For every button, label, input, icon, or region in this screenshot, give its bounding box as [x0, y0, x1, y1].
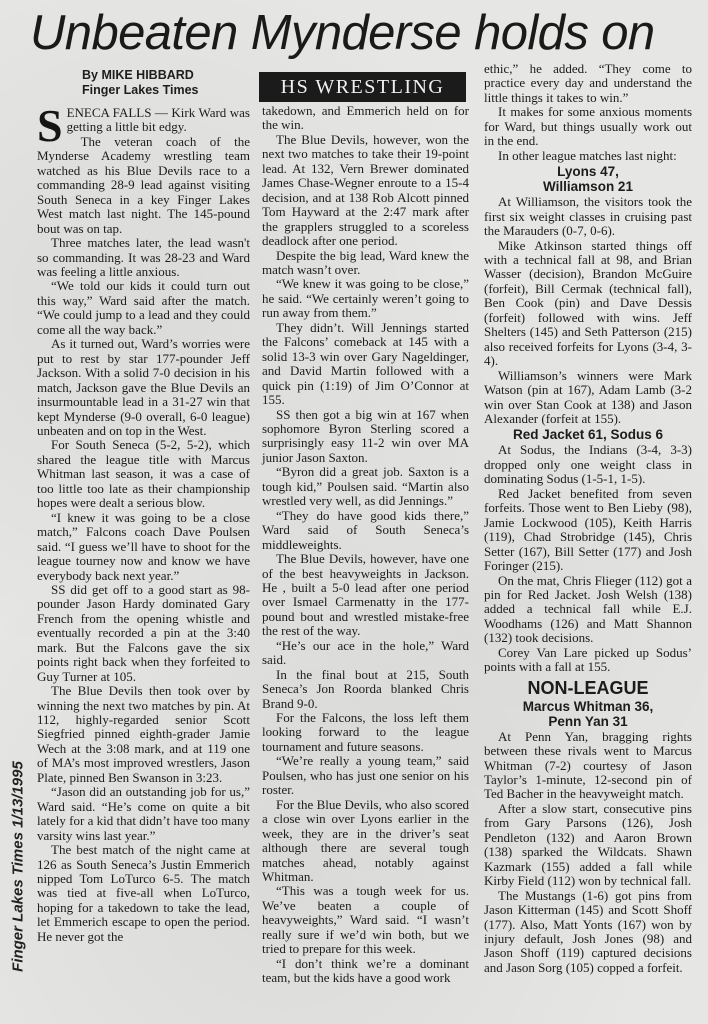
- paragraph: “I knew it was going to be a close match…: [37, 511, 250, 583]
- byline-outlet: Finger Lakes Times: [82, 83, 199, 98]
- paragraph: “They do have good kids there,” Ward sai…: [262, 509, 469, 552]
- byline: By MIKE HIBBARD Finger Lakes Times: [82, 68, 199, 98]
- lead-paragraph: SENECA FALLS — Kirk Ward was getting a l…: [37, 106, 250, 135]
- paragraph: “We knew it was going to be close,” he s…: [262, 277, 469, 320]
- paragraph: After a slow start, consecutive pins fro…: [484, 802, 692, 889]
- paragraph: Corey Van Lare picked up Sodus’ points w…: [484, 646, 692, 675]
- paragraph: At Sodus, the Indians (3-4, 3-3) dropped…: [484, 443, 692, 486]
- result-heading-line: Williamson 21: [484, 179, 692, 194]
- paragraph: “We told our kids it could turn out this…: [37, 279, 250, 337]
- byline-author: By MIKE HIBBARD: [82, 68, 199, 83]
- section-label: HS WRESTLING: [259, 72, 466, 102]
- paragraph: It makes for some anxious moments for Wa…: [484, 105, 692, 148]
- newspaper-clipping: Unbeaten Mynderse holds on By MIKE HIBBA…: [0, 0, 708, 1024]
- paragraph: In other league matches last night:: [484, 149, 692, 163]
- paragraph: As it turned out, Ward’s worries were pu…: [37, 337, 250, 438]
- paragraph: SS did get off to a good start as 98-pou…: [37, 583, 250, 684]
- paragraph: Three matches later, the lead wasn't so …: [37, 236, 250, 279]
- paragraph: SS then got a big win at 167 when sophom…: [262, 408, 469, 466]
- paragraph: They didn’t. Will Jennings started the F…: [262, 321, 469, 408]
- result-heading-lyons-williamson: Lyons 47, Williamson 21: [484, 164, 692, 194]
- source-credit: Finger Lakes Times 1/13/1995: [10, 717, 27, 1017]
- paragraph: For the Blue Devils, who also scored a c…: [262, 798, 469, 885]
- result-heading-line: Red Jacket 61, Sodus 6: [484, 427, 692, 442]
- article-column-3: ethic,” he added. “They come to practice…: [484, 62, 692, 975]
- paragraph: Red Jacket benefited from seven forfeits…: [484, 487, 692, 574]
- paragraph: The Mustangs (1-6) got pins from Jason K…: [484, 889, 692, 976]
- paragraph: “This was a tough week for us. We’ve bea…: [262, 884, 469, 956]
- result-heading-whitman-pennyan: Marcus Whitman 36, Penn Yan 31: [484, 699, 692, 729]
- paragraph: The Blue Devils then took over by winnin…: [37, 684, 250, 785]
- paragraph: Mike Atkinson started things off with a …: [484, 239, 692, 369]
- article-column-1: SENECA FALLS — Kirk Ward was getting a l…: [37, 106, 250, 944]
- result-heading-line: Penn Yan 31: [484, 714, 692, 729]
- paragraph: The best match of the night came at 126 …: [37, 843, 250, 944]
- paragraph: ethic,” he added. “They come to practice…: [484, 62, 692, 105]
- paragraph: In the final bout at 215, South Seneca’s…: [262, 668, 469, 711]
- paragraph: “I don’t think we’re a dominant team, bu…: [262, 957, 469, 986]
- paragraph: “We’re really a young team,” said Poulse…: [262, 754, 469, 797]
- paragraph: “Byron did a great job. Saxton is a toug…: [262, 465, 469, 508]
- section-heading-non-league: NON-LEAGUE: [484, 678, 692, 698]
- result-heading-line: Marcus Whitman 36,: [484, 699, 692, 714]
- paragraph: At Williamson, the visitors took the fir…: [484, 195, 692, 238]
- lead-text: ENECA FALLS — Kirk Ward was getting a li…: [67, 105, 250, 134]
- paragraph: On the mat, Chris Flieger (112) got a pi…: [484, 574, 692, 646]
- paragraph: For South Seneca (5-2, 5-2), which share…: [37, 438, 250, 510]
- paragraph: Despite the big lead, Ward knew the matc…: [262, 249, 469, 278]
- paragraph: For the Falcons, the loss left them look…: [262, 711, 469, 754]
- paragraph: “Jason did an outstanding job for us,” W…: [37, 785, 250, 843]
- article-column-2: takedown, and Emmerich held on for the w…: [262, 104, 469, 986]
- paragraph: The Blue Devils, however, won the next t…: [262, 133, 469, 249]
- result-heading-line: Lyons 47,: [484, 164, 692, 179]
- paragraph: The veteran coach of the Mynderse Academ…: [37, 135, 250, 236]
- paragraph: At Penn Yan, bragging rights between the…: [484, 730, 692, 802]
- drop-cap: S: [37, 108, 63, 144]
- headline: Unbeaten Mynderse holds on: [30, 6, 700, 60]
- paragraph: Williamson’s winners were Mark Watson (p…: [484, 369, 692, 427]
- result-heading-redjacket-sodus: Red Jacket 61, Sodus 6: [484, 427, 692, 442]
- paragraph: “He’s our ace in the hole,” Ward said.: [262, 639, 469, 668]
- paragraph: The Blue Devils, however, have one of th…: [262, 552, 469, 639]
- paragraph: takedown, and Emmerich held on for the w…: [262, 104, 469, 133]
